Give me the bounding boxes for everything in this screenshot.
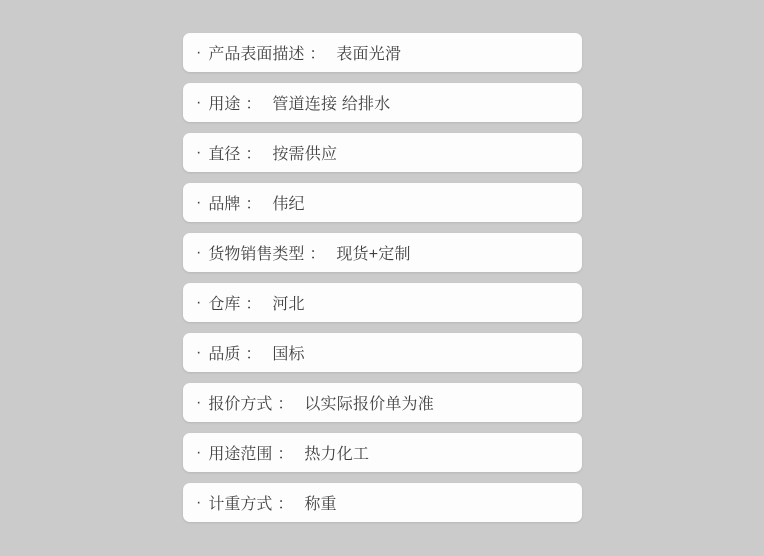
- colon-separator: ：: [309, 241, 325, 264]
- bullet-marker: ·: [196, 394, 201, 412]
- product-spec-list: · 产品表面描述 ： 表面光滑 · 用途 ： 管道连接 给排水 · 直径 ： 按…: [183, 33, 582, 522]
- bullet-marker: ·: [196, 244, 201, 262]
- spec-row-brand: · 品牌 ： 伟纪: [183, 183, 582, 222]
- spec-row-usage: · 用途 ： 管道连接 给排水: [183, 83, 582, 122]
- spec-value: 热力化工: [304, 441, 369, 464]
- spec-value: 管道连接 给排水: [272, 91, 390, 114]
- spec-value: 河北: [272, 291, 304, 314]
- colon-separator: ：: [309, 41, 325, 64]
- bullet-marker: ·: [196, 194, 201, 212]
- spec-row-surface: · 产品表面描述 ： 表面光滑: [183, 33, 582, 72]
- colon-separator: ：: [245, 91, 261, 114]
- spec-value: 按需供应: [272, 141, 337, 164]
- spec-label: 报价方式: [208, 391, 272, 414]
- spec-label: 品质: [208, 341, 240, 364]
- bullet-marker: ·: [196, 44, 201, 62]
- spec-row-quotation: · 报价方式 ： 以实际报价单为准: [183, 383, 582, 422]
- spec-row-diameter: · 直径 ： 按需供应: [183, 133, 582, 172]
- spec-value: 伟纪: [272, 191, 304, 214]
- spec-label: 仓库: [208, 291, 240, 314]
- spec-value: 现货+定制: [336, 241, 410, 264]
- spec-label: 产品表面描述: [208, 41, 304, 64]
- colon-separator: ：: [245, 291, 261, 314]
- colon-separator: ：: [277, 441, 293, 464]
- spec-label: 货物销售类型: [208, 241, 304, 264]
- spec-value: 表面光滑: [336, 41, 401, 64]
- spec-row-quality: · 品质 ： 国标: [183, 333, 582, 372]
- bullet-marker: ·: [196, 144, 201, 162]
- colon-separator: ：: [245, 341, 261, 364]
- spec-label: 用途范围: [208, 441, 272, 464]
- bullet-marker: ·: [196, 444, 201, 462]
- spec-label: 计重方式: [208, 491, 272, 514]
- spec-label: 用途: [208, 91, 240, 114]
- bullet-marker: ·: [196, 294, 201, 312]
- colon-separator: ：: [245, 191, 261, 214]
- colon-separator: ：: [277, 391, 293, 414]
- spec-value: 国标: [272, 341, 304, 364]
- spec-value: 以实际报价单为准: [304, 391, 434, 414]
- spec-row-weighing-method: · 计重方式 ： 称重: [183, 483, 582, 522]
- bullet-marker: ·: [196, 94, 201, 112]
- spec-row-warehouse: · 仓库 ： 河北: [183, 283, 582, 322]
- spec-label: 直径: [208, 141, 240, 164]
- colon-separator: ：: [245, 141, 261, 164]
- spec-value: 称重: [304, 491, 336, 514]
- spec-label: 品牌: [208, 191, 240, 214]
- spec-row-usage-scope: · 用途范围 ： 热力化工: [183, 433, 582, 472]
- bullet-marker: ·: [196, 344, 201, 362]
- spec-row-sales-type: · 货物销售类型 ： 现货+定制: [183, 233, 582, 272]
- bullet-marker: ·: [196, 494, 201, 512]
- colon-separator: ：: [277, 491, 293, 514]
